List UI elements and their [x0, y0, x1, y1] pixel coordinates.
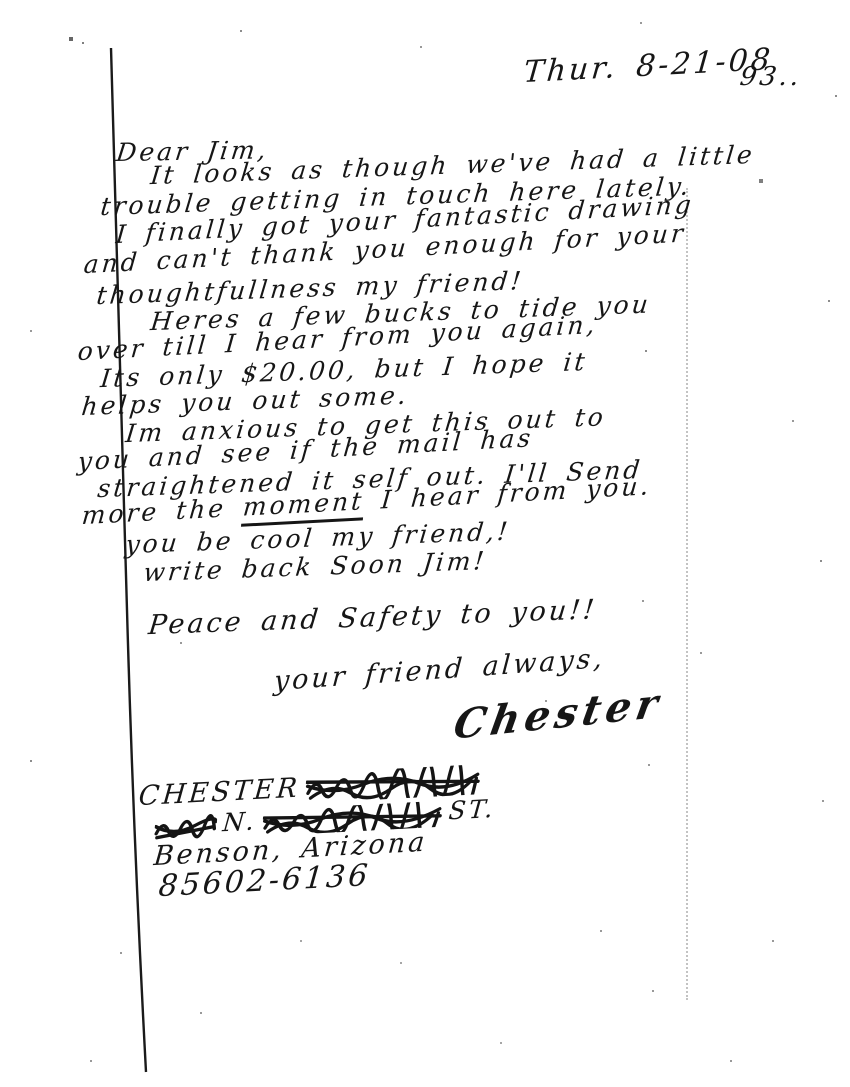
address-first-name: CHESTER: [137, 773, 301, 813]
address-street-direction: N.: [222, 806, 259, 837]
date-line: Thur. 8-21-08: [522, 45, 774, 88]
address-street-suffix: ST.: [447, 794, 497, 826]
signature: Chester: [451, 683, 666, 746]
page-note: 93..: [738, 64, 803, 90]
letter-scan-page: Thur. 8-21-08 93.. Dear Jim, It looks as…: [0, 0, 850, 1087]
moment-underlined-word: moment: [241, 486, 365, 527]
scan-noise: [0, 0, 2, 2]
scan-artifact-line: [686, 188, 688, 1000]
address-zip: 85602-6136: [157, 861, 371, 902]
valediction: your friend always,: [273, 645, 606, 695]
peace-line: Peace and Safety to you!!: [147, 596, 598, 639]
